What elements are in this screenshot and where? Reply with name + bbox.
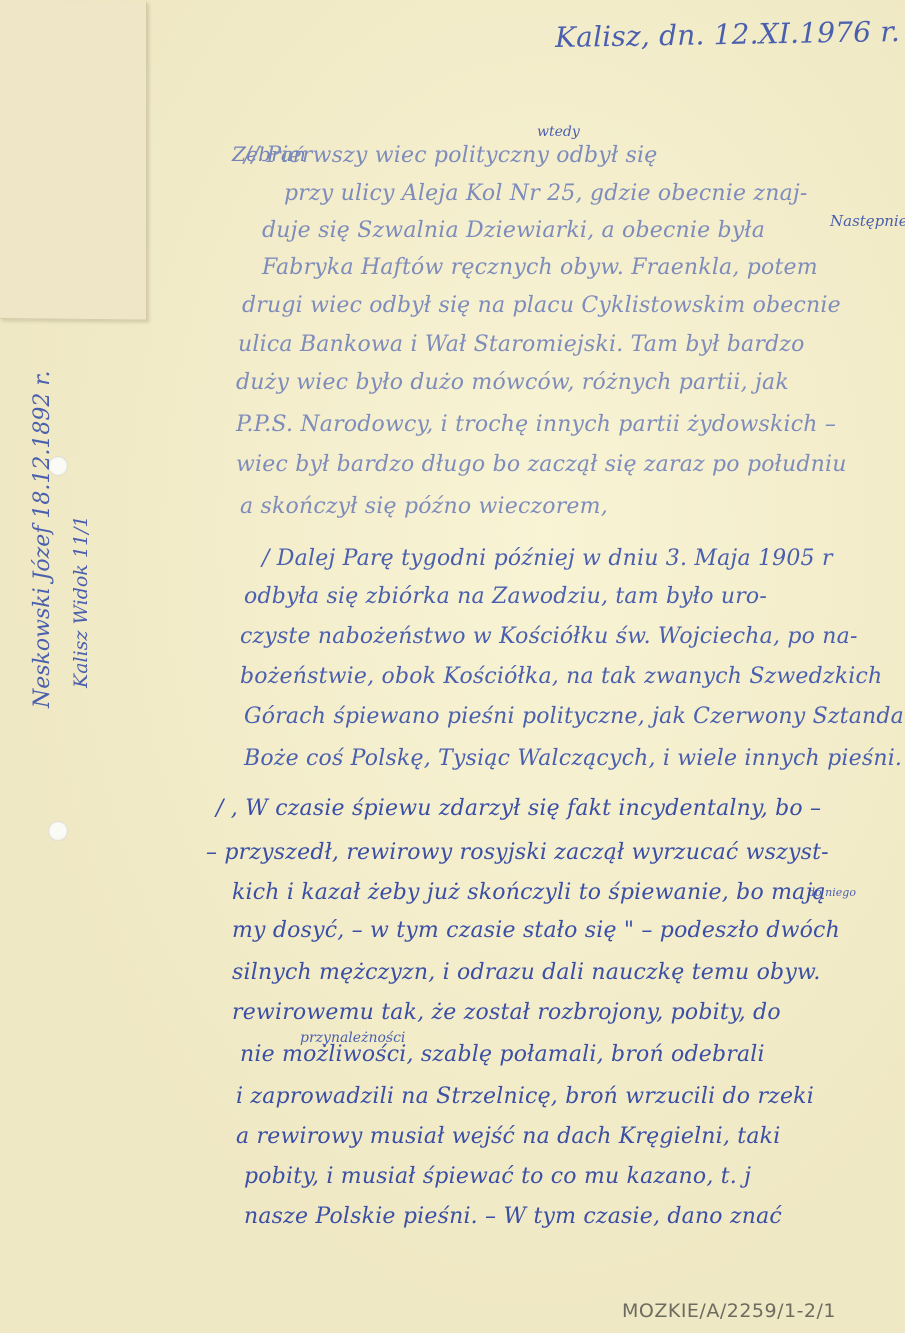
text-line: czyste nabożeństwo w Kościółku św. Wojci… [240,624,858,649]
text-line: a rewirowy musiał wejść na dach Kręgieln… [236,1124,780,1149]
text-line: P.P.S. Narodowcy, i trochę innych partii… [236,412,836,437]
insertion-nastepnie: Następnie [830,212,905,230]
place-date: Kalisz, dn. 12.XI.1976 r. [555,15,901,54]
text-line: odbyła się zbiórka na Zawodziu, tam było… [244,584,767,609]
text-line: Boże coś Polskę, Tysiąc Walczących, i wi… [244,746,902,771]
punch-hole [48,821,68,841]
text-line: duje się Szwalnia Dziewiarki, a obecnie … [262,218,765,243]
text-line: nasze Polskie pieśni. – W tym czasie, da… [244,1204,782,1229]
text-line: my dosyć, – w tym czasie stało się " – p… [232,918,840,943]
text-line: kich i kazał żeby już skończyli to śpiew… [232,880,826,905]
text-line: silnych mężczyzn, i odrazu dali nauczkę … [232,960,821,985]
text-line: rewirowemu tak, że został rozbrojony, po… [232,1000,781,1025]
text-line: wiec był bardzo długo bo zaczął się zara… [236,452,847,477]
text-line: Fabryka Haftów ręcznych obyw. Fraenkla, … [262,255,818,280]
archive-signature: MOZKIE/A/2259/1-2/1 [622,1300,836,1322]
text-line: przy ulicy Aleja Kol Nr 25, gdzie obecni… [284,181,808,206]
text-line: / Dalej Parę tygodni później w dniu 3. M… [262,546,833,571]
text-line: // Pierwszy wiec polityczny odbył się [244,143,657,168]
text-line: ulica Bankowa i Wał Staromiejski. Tam by… [238,332,805,357]
text-line: / , W czasie śpiewu zdarzył się fakt inc… [216,796,821,821]
insertion-wtedy: wtedy [537,124,580,140]
text-line: a skończył się późno wieczorem, [240,494,608,519]
folded-paper-flap [0,0,147,321]
text-line: bożeństwie, obok Kościółka, na tak zwany… [240,664,882,689]
text-line: duży wiec było dużo mówców, różnych part… [236,370,789,395]
text-line: – przyszedł, rewirowy rosyjski zaczął wy… [206,840,829,865]
text-line: pobity, i musiał śpiewać to co mu kazano… [244,1164,751,1189]
text-line: Górach śpiewano pieśni polityczne, jak C… [244,704,905,729]
text-line: drugi wiec odbył się na placu Cyklistows… [242,293,841,318]
text-line: nie możliwości, szablę połamali, broń od… [240,1042,765,1067]
margin-note-address: Kalisz Widok 11/1 [70,515,92,688]
text-line: i zaprowadzili na Strzelnicę, broń wrzuc… [236,1084,814,1109]
margin-note-name: Neskowski Józef 18.12.1892 r. [30,371,55,708]
